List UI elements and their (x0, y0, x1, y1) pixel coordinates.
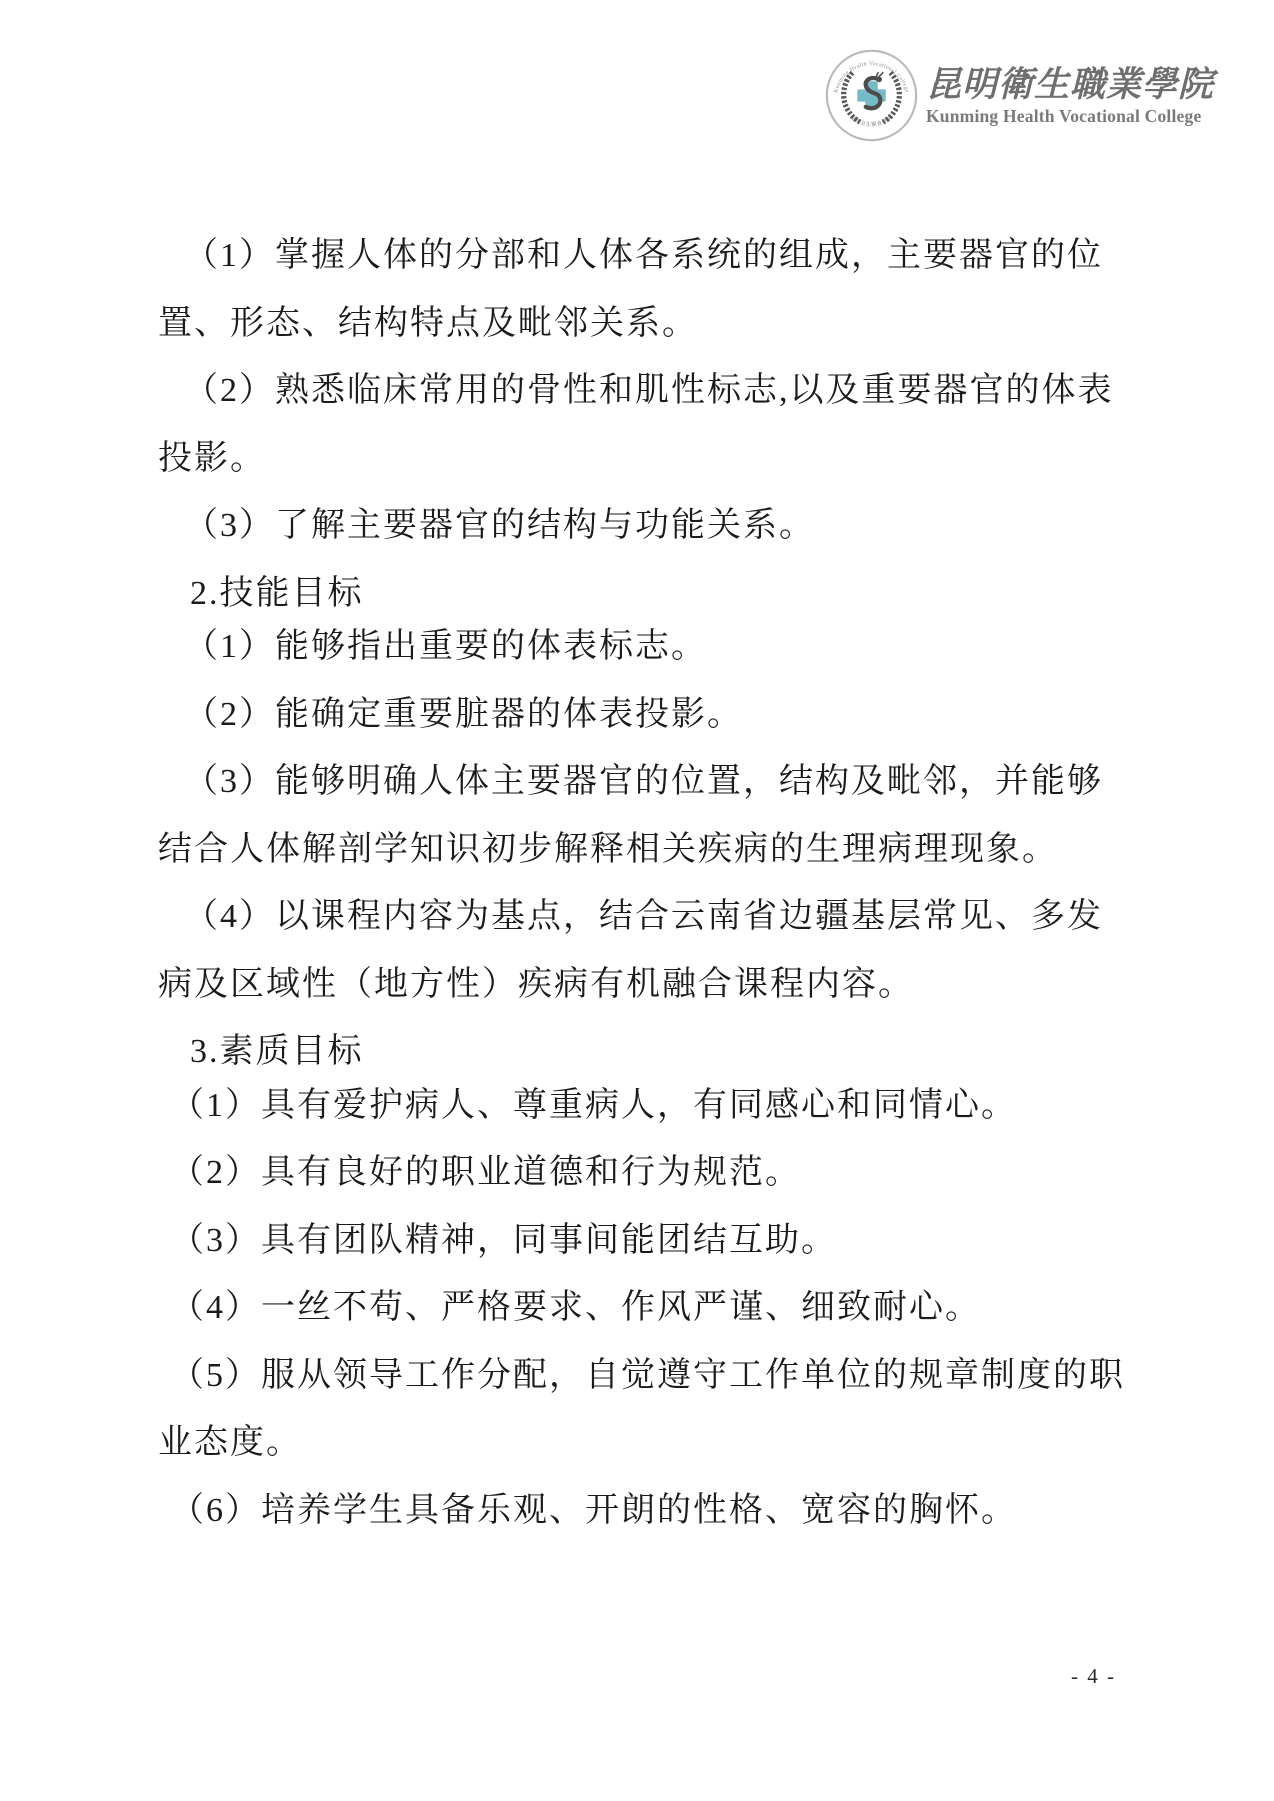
college-seal-logo: Kunming Health Vocational College 昆明卫生职业… (824, 48, 919, 143)
text-line: 投影。 (158, 425, 1148, 493)
text-line: （3）了解主要器官的结构与功能关系。 (158, 492, 1148, 560)
college-header: Kunming Health Vocational College 昆明卫生职业… (824, 48, 1214, 143)
college-name-calligraphy: 昆明衛生職業學院 (926, 65, 1214, 105)
text-line: （4）以课程内容为基点，结合云南省边疆基层常见、多发 (158, 883, 1148, 951)
page-number: - 4 - (1071, 1664, 1116, 1689)
text-line: （2）具有良好的职业道德和行为规范。 (158, 1139, 1148, 1207)
text-line: 结合人体解剖学知识初步解释相关疾病的生理病理现象。 (158, 816, 1148, 884)
text-line: （6）培养学生具备乐观、开朗的性格、宽容的胸怀。 (158, 1477, 1148, 1545)
text-line: 业态度。 (158, 1409, 1148, 1477)
text-line: （3）具有团队精神，同事间能团结互助。 (158, 1207, 1148, 1275)
text-line: （2）熟悉临床常用的骨性和肌性标志,以及重要器官的体表 (158, 357, 1148, 425)
text-line: （1）掌握人体的分部和人体各系统的组成，主要器官的位 (158, 222, 1148, 290)
text-line: （2）能确定重要脏器的体表投影。 (158, 681, 1148, 749)
document-page: Kunming Health Vocational College 昆明卫生职业… (0, 0, 1274, 1801)
text-line: （1）具有爱护病人、尊重病人，有同感心和同情心。 (158, 1072, 1148, 1140)
text-line: 病及区域性（地方性）疾病有机融合课程内容。 (158, 951, 1148, 1019)
college-name-block: 昆明衛生職業學院 Kunming Health Vocational Colle… (926, 65, 1214, 127)
college-name-english: Kunming Health Vocational College (926, 105, 1214, 127)
text-line: 置、形态、结构特点及毗邻关系。 (158, 290, 1148, 358)
text-line: （5）服从领导工作分配，自觉遵守工作单位的规章制度的职 (158, 1342, 1148, 1410)
text-line: （1）能够指出重要的体表标志。 (158, 613, 1148, 681)
document-body: （1）掌握人体的分部和人体各系统的组成，主要器官的位置、形态、结构特点及毗邻关系… (158, 222, 1148, 1544)
text-line: （4）一丝不苟、严格要求、作风严谨、细致耐心。 (158, 1274, 1148, 1342)
text-line: （3）能够明确人体主要器官的位置，结构及毗邻，并能够 (158, 748, 1148, 816)
